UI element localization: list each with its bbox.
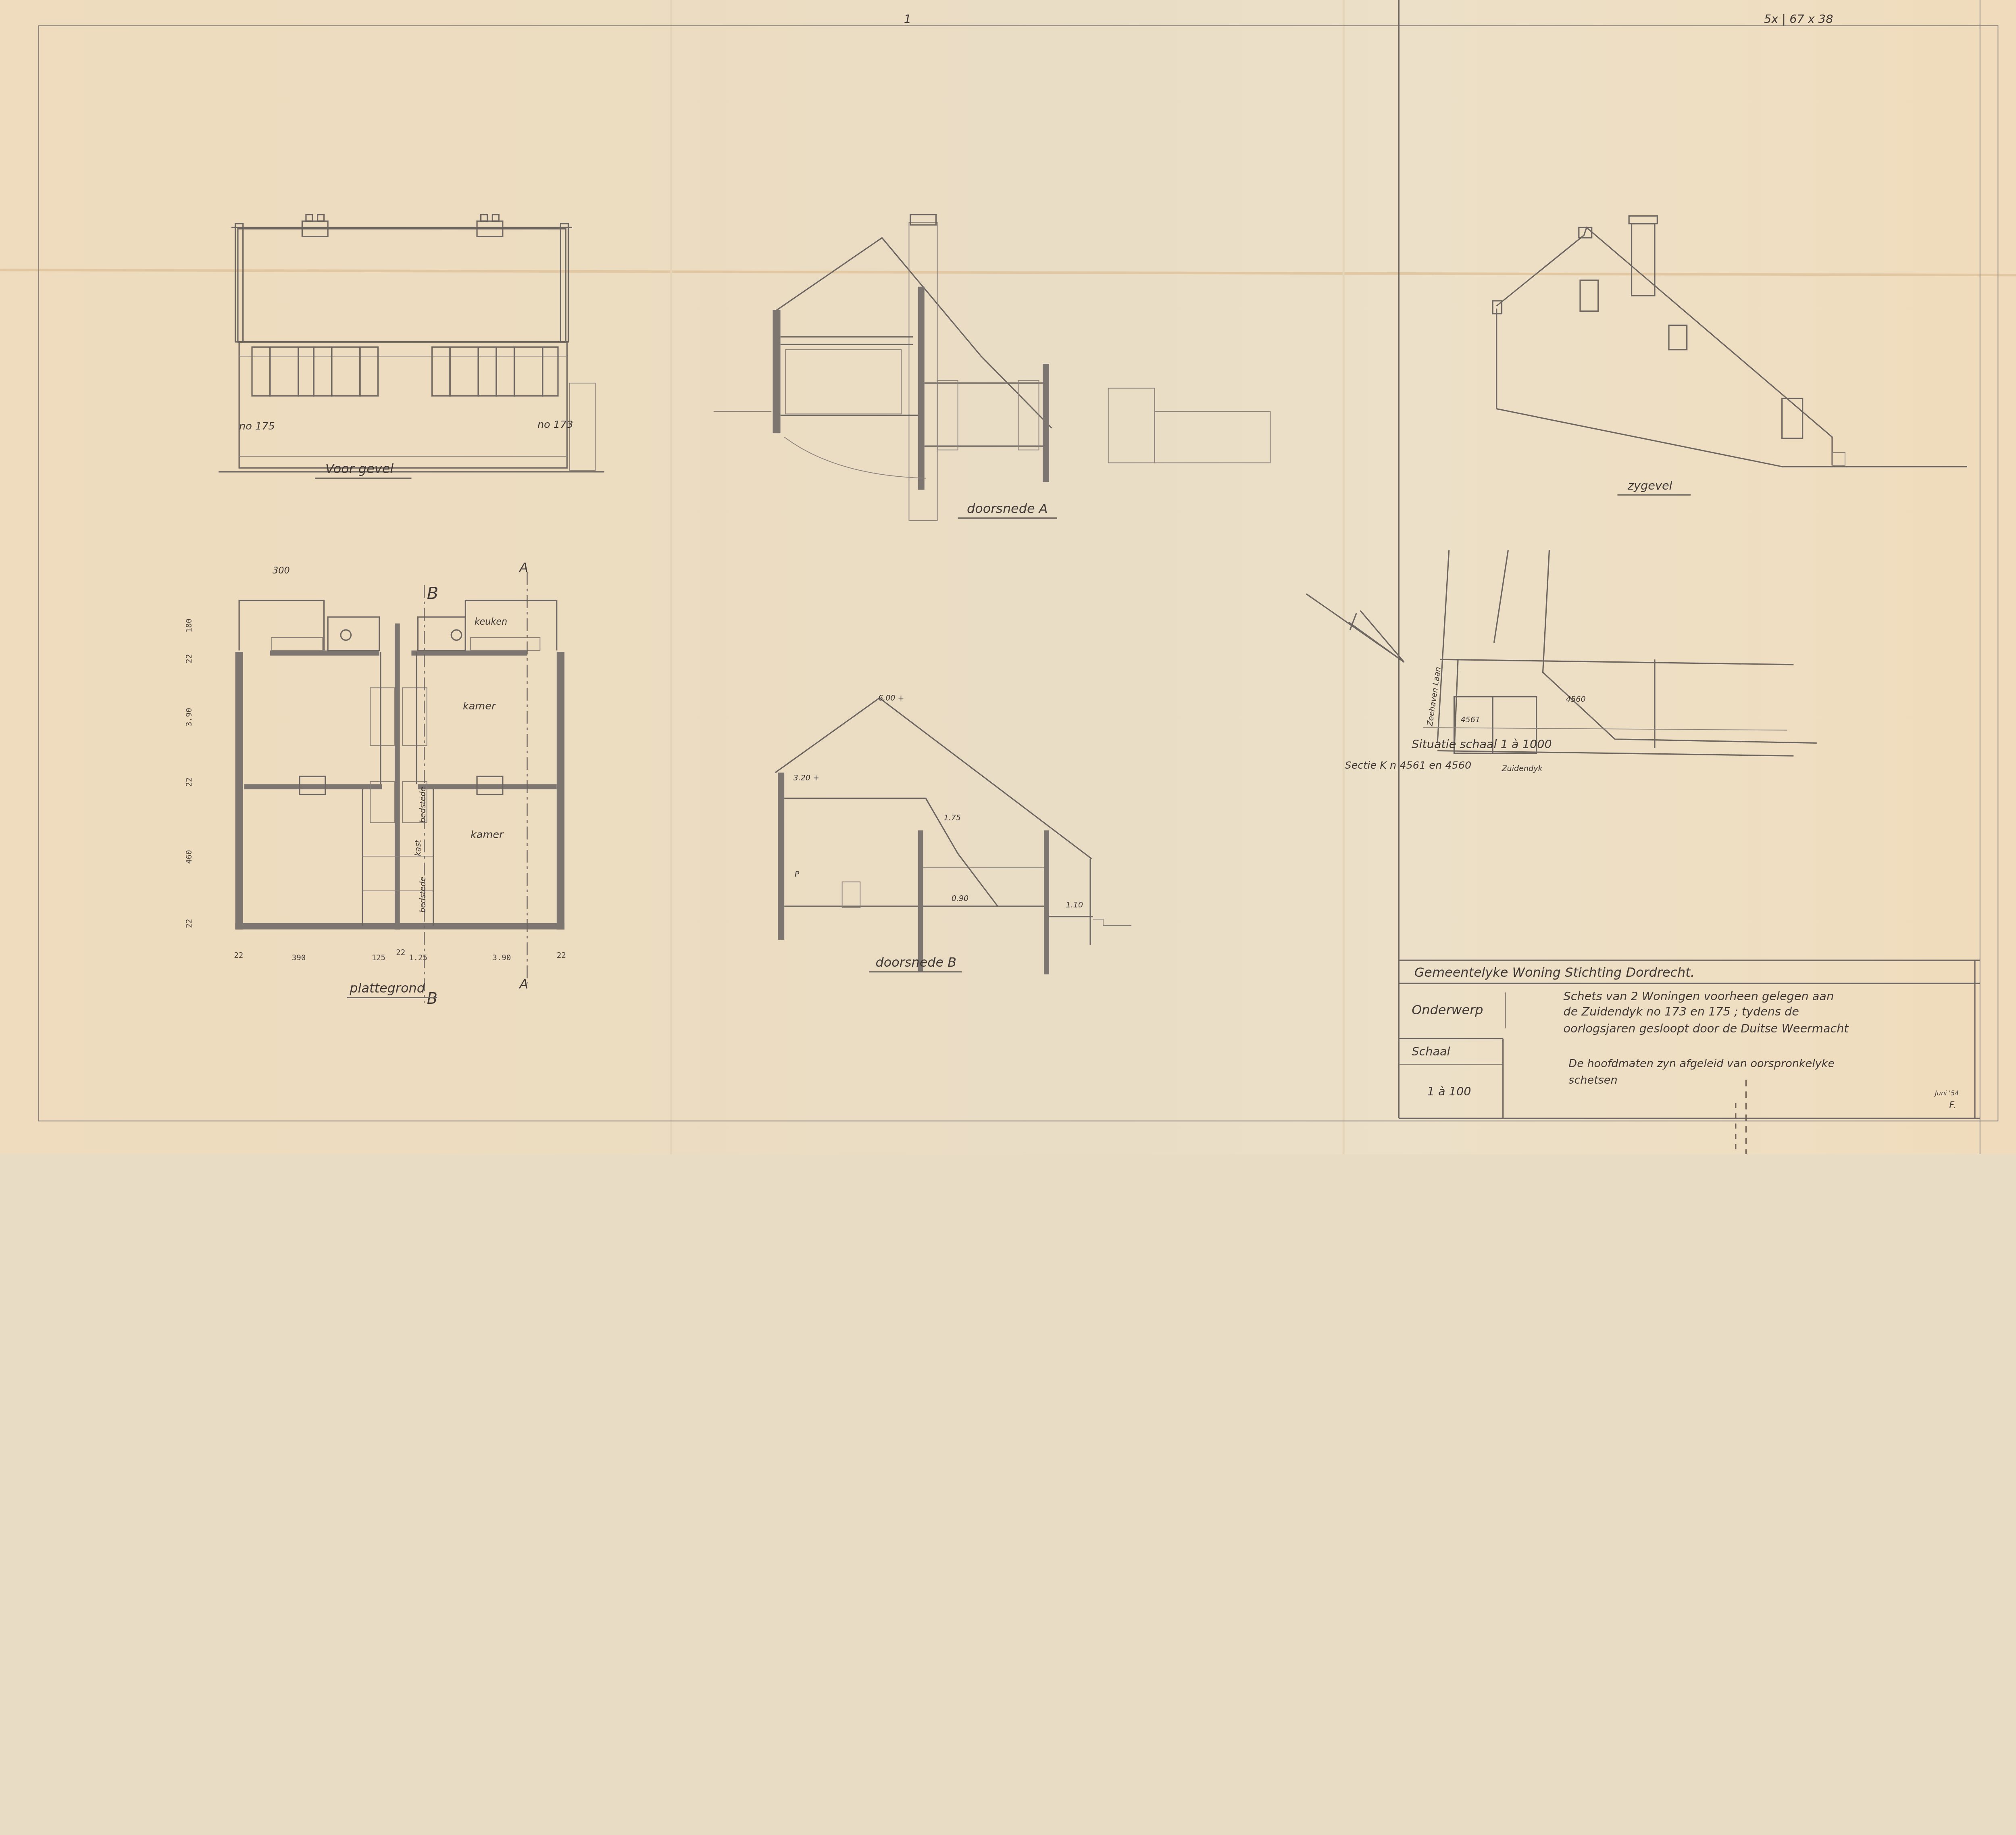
floor-plan-title: plattegrond — [349, 980, 425, 996]
room-label-keuken: keuken — [475, 617, 508, 627]
drawing-date: Juni '54 — [1934, 1089, 1959, 1097]
section-marker-a-top: A — [519, 560, 528, 575]
street-zuidendyk: Zuidendyk — [1501, 764, 1543, 773]
section-marker-b-top: B — [427, 584, 438, 603]
scale-label: Schaal — [1412, 1045, 1450, 1058]
parcel-4561: 4561 — [1460, 715, 1480, 724]
room-label-bedstede-1: bedstede — [418, 787, 427, 823]
fold-line-horizontal — [0, 270, 2016, 275]
dimension-top: 300 — [273, 565, 290, 576]
section-marker-b-bottom: B — [427, 990, 437, 1008]
level-floor: 0.90 — [952, 894, 969, 903]
title-block: Gemeentelyke Woning Stichting Dordrecht.… — [1399, 0, 1980, 1154]
svg-text:22: 22 — [557, 951, 566, 960]
subject-line-2: de Zuidendyk no 173 en 175 ; tydens de — [1564, 1005, 1799, 1018]
drawing-border — [39, 26, 1998, 1121]
svg-text:460: 460 — [184, 850, 194, 864]
section-b-title: doorsnede B — [876, 955, 957, 970]
room-label-kamer-upper: kamer — [463, 700, 496, 712]
section-marker-a-bottom: A — [519, 976, 528, 992]
situation-subtitle: Sectie K n 4561 en 4560 — [1345, 759, 1471, 772]
section-b: 6.00 + 3.20 + 1.75 0.90 1.10 P doorsnede… — [775, 693, 1131, 974]
level-ridge: 6.00 + — [878, 693, 904, 703]
bottom-dimension-row: 22 390 125 22 1.25 3.90 22 — [234, 948, 566, 962]
parcel-4560: 4560 — [1566, 694, 1586, 704]
svg-text:1.25: 1.25 — [409, 953, 427, 962]
drawing-sheet: 5x | 67 x 38 1 no 175 no 173 Voor gevel — [0, 0, 2016, 1154]
svg-text:22: 22 — [184, 778, 194, 787]
subject-label: Onderwerp — [1412, 1002, 1483, 1018]
level-mid: 1.75 — [944, 813, 961, 822]
front-elevation-title: Voor gevel — [325, 461, 394, 476]
scale-value: 1 à 100 — [1427, 1084, 1471, 1098]
north-arrow-icon — [1306, 594, 1404, 662]
house-number-right: no 173 — [537, 419, 573, 431]
note-line-1: De hoofdmaten zyn afgeleid van oorspronk… — [1568, 1057, 1835, 1070]
note-line-2: schetsen — [1568, 1074, 1617, 1086]
svg-text:22: 22 — [234, 951, 243, 960]
side-elevation: zygevel — [1493, 216, 1967, 495]
subject-line-1: Schets van 2 Woningen voorheen gelegen a… — [1564, 989, 1834, 1003]
svg-text:180: 180 — [184, 619, 194, 633]
situation-map: 4561 4560 Zeehaven Laan Zuidendyk Situat… — [1345, 550, 1816, 773]
svg-text:22: 22 — [396, 948, 405, 957]
front-elevation: no 175 no 173 Voor gevel — [219, 215, 604, 478]
subject-line-3: oorlogsjaren gesloopt door de Duitse Wee… — [1564, 1022, 1849, 1035]
svg-text:22: 22 — [184, 654, 194, 663]
section-a: doorsnede A — [714, 215, 1270, 521]
drafter-initials: F. — [1949, 1100, 1956, 1111]
situation-title: Situatie schaal 1 à 1000 — [1412, 737, 1552, 751]
house-number-left: no 175 — [239, 420, 275, 432]
top-center-mark: 1 — [904, 12, 911, 26]
section-a-title: doorsnede A — [967, 501, 1048, 516]
floor-plan: 300 A A B B keuken kamer kamer bedstede … — [184, 560, 566, 1008]
level-eaves: 3.20 + — [793, 773, 819, 782]
svg-text:3.90: 3.90 — [184, 708, 194, 726]
side-elevation-title: zygevel — [1627, 479, 1672, 492]
architectural-drawing: 5x | 67 x 38 1 no 175 no 173 Voor gevel — [0, 0, 2016, 1154]
room-label-kamer-lower: kamer — [471, 829, 504, 841]
level-low: 1.10 — [1066, 900, 1083, 909]
room-label-bedstede-2: bedstede — [418, 877, 427, 913]
side-dimension-column: 180 22 3.90 22 460 22 — [184, 619, 194, 928]
svg-text:3.90: 3.90 — [492, 953, 511, 962]
svg-text:22: 22 — [184, 919, 194, 928]
room-label-kast: kast — [413, 839, 423, 856]
organisation-name: Gemeentelyke Woning Stichting Dordrecht. — [1414, 965, 1695, 980]
corner-note: 5x | 67 x 38 — [1764, 12, 1833, 26]
svg-text:125: 125 — [372, 953, 386, 962]
svg-text:390: 390 — [292, 953, 306, 962]
marker-p: P — [795, 870, 800, 879]
